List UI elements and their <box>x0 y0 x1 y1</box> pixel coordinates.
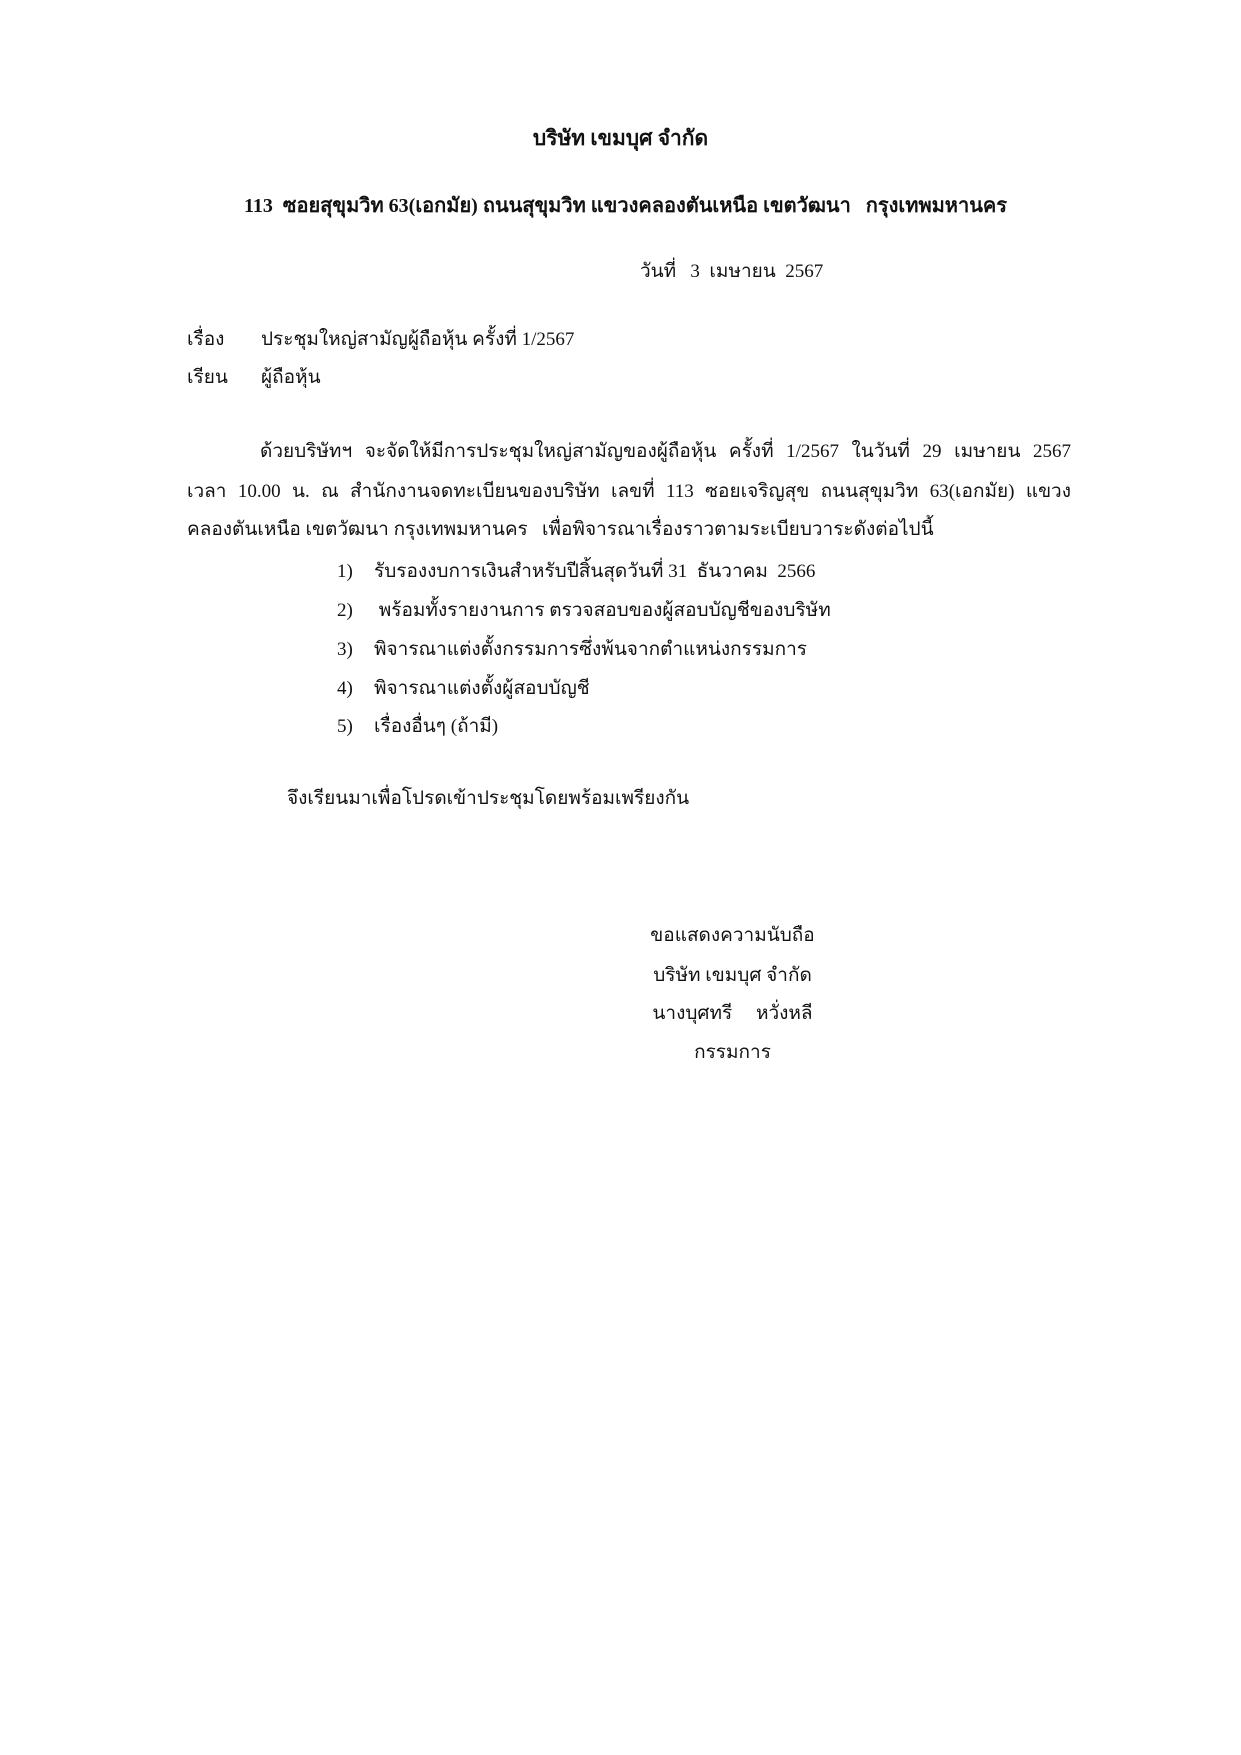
agenda-item: 4)พิจารณาแต่งตั้งผู้สอบบัญชี <box>337 679 590 698</box>
signature-company: บริษัท เขมบุศ จำกัด <box>600 966 865 985</box>
closing-line: จึงเรียนมาเพื่อโปรดเข้าประชุมโดยพร้อมเพร… <box>287 789 689 808</box>
signature-position: กรรมการ <box>600 1043 865 1062</box>
letter-page: บริษัท เขมบุศ จำกัด 113 ซอยสุขุมวิท 63(เ… <box>0 0 1241 1755</box>
recipient-label: เรียน <box>187 368 261 387</box>
agenda-item: 2) พร้อมทั้งรายงานการ ตรวจสอบของผู้สอบบั… <box>337 601 831 620</box>
agenda-text: พร้อมทั้งรายงานการ ตรวจสอบของผู้สอบบัญชี… <box>374 600 831 621</box>
agenda-item: 1)รับรองงบการเงินสำหรับปีสิ้นสุดวันที่ 3… <box>337 562 815 581</box>
company-address: 113 ซอยสุขุมวิท 63(เอกมัย) ถนนสุขุมวิท แ… <box>0 196 1241 216</box>
signature-salutation: ขอแสดงความนับถือ <box>600 926 865 945</box>
agenda-text: เรื่องอื่นๆ (ถ้ามี) <box>374 716 498 737</box>
agenda-number: 4) <box>337 679 374 698</box>
recipient-value: ผู้ถือหุ้น <box>261 367 321 388</box>
letter-date: วันที่ 3 เมษายน 2567 <box>640 262 823 281</box>
agenda-number: 5) <box>337 717 374 736</box>
agenda-item: 5)เรื่องอื่นๆ (ถ้ามี) <box>337 717 498 736</box>
subject-value: ประชุมใหญ่สามัญผู้ถือหุ้น ครั้งที่ 1/256… <box>261 329 574 350</box>
body-line-2: เวลา 10.00 น. ณ สำนักงานจดทะเบียนของบริษ… <box>187 482 1071 501</box>
agenda-number: 3) <box>337 640 374 659</box>
agenda-text: รับรองงบการเงินสำหรับปีสิ้นสุดวันที่ 31 … <box>374 561 815 582</box>
body-line-3: คลองตันเหนือ เขตวัฒนา กรุงเทพมหานคร เพื่… <box>187 520 1071 539</box>
agenda-text: พิจารณาแต่งตั้งผู้สอบบัญชี <box>374 678 590 699</box>
agenda-number: 2) <box>337 601 374 620</box>
agenda-item: 3)พิจารณาแต่งตั้งกรรมการซึ่งพ้นจากตำแหน่… <box>337 640 807 659</box>
body-line-1: ด้วยบริษัทฯ จะจัดให้มีการประชุมใหญ่สามัญ… <box>260 442 1071 461</box>
agenda-text: พิจารณาแต่งตั้งกรรมการซึ่งพ้นจากตำแหน่งก… <box>374 639 807 660</box>
signature-name: นางบุศทรี หวั่งหลี <box>600 1004 865 1023</box>
subject-line: เรื่องประชุมใหญ่สามัญผู้ถือหุ้น ครั้งที่… <box>187 330 574 349</box>
subject-label: เรื่อง <box>187 330 261 349</box>
agenda-number: 1) <box>337 562 374 581</box>
company-name-heading: บริษัท เขมบุศ จำกัด <box>0 128 1241 149</box>
recipient-line: เรียนผู้ถือหุ้น <box>187 368 321 387</box>
